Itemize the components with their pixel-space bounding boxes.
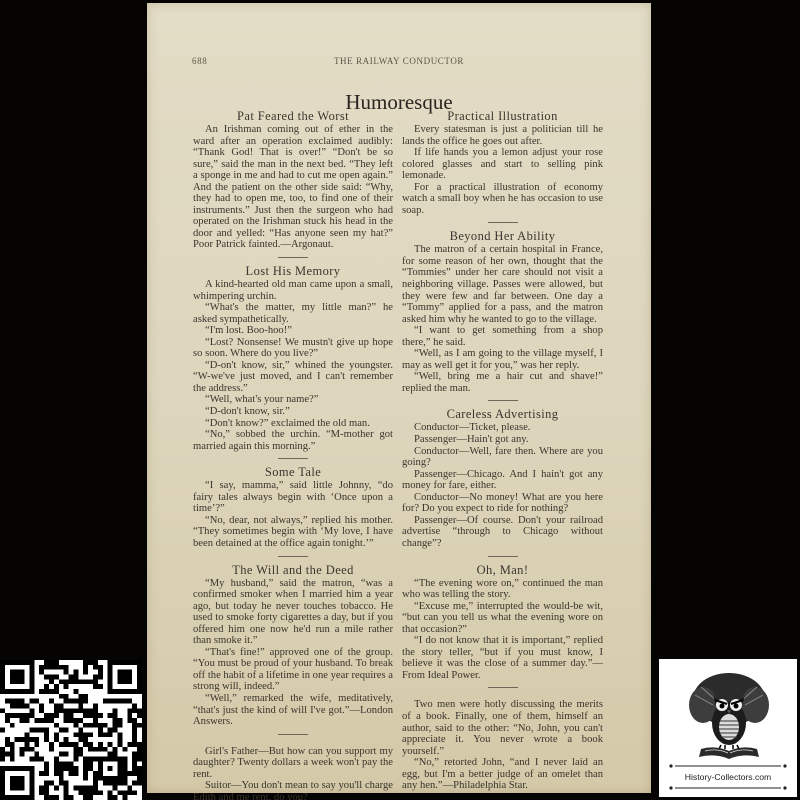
article-paragraph: “That's fine!” approved one of the group… [193,647,393,693]
article-divider [278,556,308,557]
article-paragraph: Two men were hotly discussing the merits… [402,699,603,757]
article: Pat Feared the WorstAn Irishman coming o… [193,109,393,251]
article: Lost His MemoryA kind-hearted old man ca… [193,264,393,452]
article-paragraph: Conductor—Well, fare then. Where are you… [402,446,603,469]
article-paragraph: An Irishman coming out of ether in the w… [193,124,393,251]
article-paragraph: A kind-hearted old man came upon a small… [193,279,393,302]
article-paragraph: “Well, as I am going to the village myse… [402,348,603,371]
article-divider [488,222,518,223]
article-paragraph: “Excuse me,” interrupted the would-be wi… [402,601,603,636]
article-divider [278,458,308,459]
journal-title: THE RAILWAY CONDUCTOR [147,56,651,66]
article-title: Practical Illustration [402,109,603,123]
article-divider [278,257,308,258]
ornament-rule-bottom [667,785,789,791]
article-title: Lost His Memory [193,264,393,278]
article-paragraph: “Well,” remarked the wife, meditatively,… [193,693,393,728]
article-paragraph: “I say, mamma,” said little Johnny, “do … [193,480,393,515]
article-paragraph: “Well, what's your name?” [193,394,393,406]
article-paragraph: If life hands you a lemon adjust your ro… [402,147,603,182]
article-paragraph: Suitor—You don't mean to say you'll char… [193,780,393,800]
left-column: Pat Feared the WorstAn Irishman coming o… [193,109,393,800]
qr-code[interactable] [0,660,142,800]
article-paragraph: Conductor—Ticket, please. [402,422,603,434]
article: Two men were hotly discussing the merits… [402,694,603,791]
article-title: The Will and the Deed [193,563,393,577]
article-title: Careless Advertising [402,407,603,421]
owl-on-book-icon [683,665,775,765]
article-paragraph: Girl's Father—But how can you support my… [193,746,393,781]
qr-code-icon [0,660,142,800]
article: Girl's Father—But how can you support my… [193,741,393,800]
article-paragraph: “I'm lost. Boo-hoo!” [193,325,393,337]
article-paragraph: Passenger—Chicago. And I hain't got any … [402,469,603,492]
article: The Will and the Deed“My husband,” said … [193,563,393,728]
article-paragraph: “No, dear, not always,” replied his moth… [193,515,393,550]
article-paragraph: Passenger—Of course. Don't your railroad… [402,515,603,550]
article-paragraph: “D-don't know, sir.” [193,406,393,418]
logo-text: History-Collectors.com [659,772,797,782]
article-title: Beyond Her Ability [402,229,603,243]
article-title: Oh, Man! [402,563,603,577]
article-title: Some Tale [193,465,393,479]
article-paragraph: “I do not know that it is important,” re… [402,635,603,681]
article-title: Pat Feared the Worst [193,109,393,123]
article-paragraph: “My husband,” said the matron, “was a co… [193,578,393,647]
article-paragraph: “I want to get something from a shop the… [402,325,603,348]
ornament-rule-top [667,763,789,769]
article-divider [278,734,308,735]
article-paragraph: “No,” retorted John, “and I never laid a… [402,757,603,792]
article-paragraph: The matron of a certain hospital in Fran… [402,244,603,325]
magazine-page: 688 THE RAILWAY CONDUCTOR Humoresque Pat… [147,3,651,793]
article-paragraph: “Well, bring me a hair cut and shave!” r… [402,371,603,394]
right-column: Practical IllustrationEvery statesman is… [402,109,603,792]
article-paragraph: “Lost? Nonsense! We mustn't give up hope… [193,337,393,360]
article-divider [488,400,518,401]
article-paragraph: Every statesman is just a politician til… [402,124,603,147]
article-paragraph: Passenger—Hain't got any. [402,434,603,446]
article-divider [488,556,518,557]
article-paragraph: “D-on't know, sir,” whined the youngster… [193,360,393,395]
article-paragraph: “What's the matter, my little man?” he a… [193,302,393,325]
article: Beyond Her AbilityThe matron of a certai… [402,229,603,394]
article-paragraph: Conductor—No money! What are you here fo… [402,492,603,515]
article-paragraph: For a practical illustration of economy … [402,182,603,217]
article: Practical IllustrationEvery statesman is… [402,109,603,216]
article-paragraph: “No,” sobbed the urchin. “M-mother got m… [193,429,393,452]
article-paragraph: “Don't know?” exclaimed the old man. [193,418,393,430]
article: Oh, Man!“The evening wore on,” continued… [402,563,603,682]
article: Some Tale“I say, mamma,” said little Joh… [193,465,393,549]
article-divider [488,687,518,688]
running-head: 688 THE RAILWAY CONDUCTOR [147,56,651,68]
article: Careless AdvertisingConductor—Ticket, pl… [402,407,603,549]
article-paragraph: “The evening wore on,” continued the man… [402,578,603,601]
history-collectors-logo[interactable]: History-Collectors.com [659,659,797,797]
